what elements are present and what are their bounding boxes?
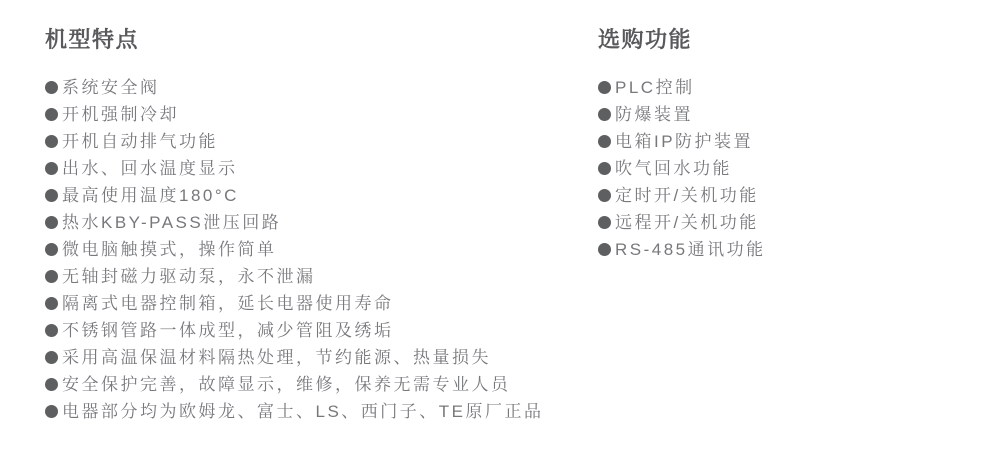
feature-item-text: 热水KBY-PASS泄压回路 [62, 209, 281, 236]
feature-item-text: 系统安全阀 [62, 74, 160, 101]
option-item: 定时开/关机功能 [598, 182, 958, 209]
feature-item: 微电脑触摸式，操作简单 [45, 236, 575, 263]
bullet-icon [598, 135, 611, 148]
option-item: 远程开/关机功能 [598, 209, 958, 236]
bullet-icon [45, 216, 58, 229]
bullet-icon [45, 135, 58, 148]
option-item-text: 吹气回水功能 [615, 155, 732, 182]
bullet-icon [598, 81, 611, 94]
option-item-text: 防爆装置 [615, 101, 693, 128]
features-title: 机型特点 [45, 27, 575, 53]
bullet-icon [45, 297, 58, 310]
feature-item-text: 最高使用温度180°C [62, 182, 239, 209]
bullet-icon [45, 405, 58, 418]
feature-item-text: 安全保护完善，故障显示，维修，保养无需专业人员 [62, 371, 511, 398]
feature-item-text: 电器部分均为欧姆龙、富士、LS、西门子、TE原厂正品 [62, 398, 544, 425]
feature-item: 最高使用温度180°C [45, 182, 575, 209]
bullet-icon [45, 270, 58, 283]
bullet-icon [598, 189, 611, 202]
feature-item: 安全保护完善，故障显示，维修，保养无需专业人员 [45, 371, 575, 398]
options-section: 选购功能 PLC控制 防爆装置 电箱IP防护装置 吹气回水功能 定时开/关机功能… [598, 27, 958, 263]
bullet-icon [598, 162, 611, 175]
bullet-icon [45, 243, 58, 256]
bullet-icon [45, 378, 58, 391]
feature-item: 系统安全阀 [45, 74, 575, 101]
feature-item-text: 隔离式电器控制箱，延长电器使用寿命 [62, 290, 394, 317]
bullet-icon [45, 162, 58, 175]
features-section: 机型特点 系统安全阀 开机强制冷却 开机自动排气功能 出水、回水温度显示 最高使… [45, 27, 575, 425]
bullet-icon [45, 108, 58, 121]
bullet-icon [598, 216, 611, 229]
bullet-icon [598, 243, 611, 256]
feature-item-text: 开机强制冷却 [62, 101, 179, 128]
bullet-icon [598, 108, 611, 121]
feature-item-text: 不锈钢管路一体成型，减少管阻及绣垢 [62, 317, 394, 344]
bullet-icon [45, 81, 58, 94]
option-item: 吹气回水功能 [598, 155, 958, 182]
feature-item-text: 微电脑触摸式，操作简单 [62, 236, 277, 263]
option-item: RS-485通讯功能 [598, 236, 958, 263]
feature-item: 无轴封磁力驱动泵，永不泄漏 [45, 263, 575, 290]
option-item: 电箱IP防护装置 [598, 128, 958, 155]
feature-item-text: 出水、回水温度显示 [62, 155, 238, 182]
option-item-text: RS-485通讯功能 [615, 236, 766, 263]
option-item-text: 电箱IP防护装置 [615, 128, 753, 155]
bullet-icon [45, 324, 58, 337]
option-item-text: PLC控制 [615, 74, 695, 101]
feature-item: 不锈钢管路一体成型，减少管阻及绣垢 [45, 317, 575, 344]
feature-item: 开机强制冷却 [45, 101, 575, 128]
feature-item-text: 采用高温保温材料隔热处理，节约能源、热量损失 [62, 344, 491, 371]
feature-item: 隔离式电器控制箱，延长电器使用寿命 [45, 290, 575, 317]
features-list: 系统安全阀 开机强制冷却 开机自动排气功能 出水、回水温度显示 最高使用温度18… [45, 74, 575, 425]
bullet-icon [45, 189, 58, 202]
option-item-text: 远程开/关机功能 [615, 209, 759, 236]
feature-item: 出水、回水温度显示 [45, 155, 575, 182]
feature-item-text: 无轴封磁力驱动泵，永不泄漏 [62, 263, 316, 290]
feature-item: 采用高温保温材料隔热处理，节约能源、热量损失 [45, 344, 575, 371]
feature-item: 电器部分均为欧姆龙、富士、LS、西门子、TE原厂正品 [45, 398, 575, 425]
feature-item: 热水KBY-PASS泄压回路 [45, 209, 575, 236]
feature-item-text: 开机自动排气功能 [62, 128, 218, 155]
option-item: PLC控制 [598, 74, 958, 101]
options-title: 选购功能 [598, 27, 958, 53]
bullet-icon [45, 351, 58, 364]
option-item: 防爆装置 [598, 101, 958, 128]
feature-item: 开机自动排气功能 [45, 128, 575, 155]
options-list: PLC控制 防爆装置 电箱IP防护装置 吹气回水功能 定时开/关机功能 远程开/… [598, 74, 958, 263]
option-item-text: 定时开/关机功能 [615, 182, 759, 209]
